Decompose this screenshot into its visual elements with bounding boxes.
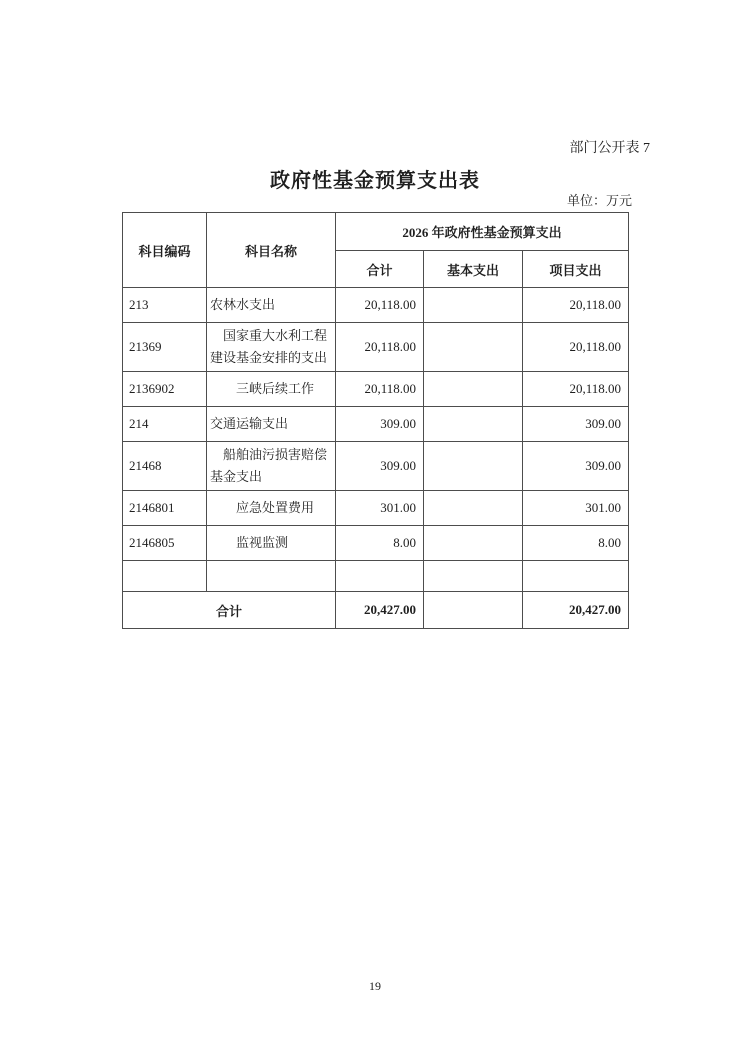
total-cell: 8.00	[336, 526, 424, 561]
table-header: 科目编码 科目名称 2026 年政府性基金预算支出 合计 基本支出 项目支出	[123, 213, 629, 288]
header-basic-expenditure: 基本支出	[424, 251, 523, 288]
total-sum-cell: 20,427.00	[336, 592, 424, 629]
subject-name-cell: 船舶油污损害赔偿基金支出	[207, 442, 336, 491]
table-body: 213 农林水支出 20,118.00 20,118.00 21369 国家重大…	[123, 288, 629, 592]
total-row: 合计 20,427.00 20,427.00	[123, 592, 629, 629]
basic-expenditure-cell	[424, 288, 523, 323]
page-number: 19	[0, 979, 750, 994]
table-footer: 合计 20,427.00 20,427.00	[123, 592, 629, 629]
table-row	[123, 561, 629, 592]
subject-code-cell	[123, 561, 207, 592]
total-cell: 309.00	[336, 407, 424, 442]
total-cell: 20,118.00	[336, 372, 424, 407]
project-expenditure-cell: 301.00	[523, 491, 629, 526]
header-total: 合计	[336, 251, 424, 288]
basic-expenditure-cell	[424, 407, 523, 442]
project-expenditure-cell: 20,118.00	[523, 323, 629, 372]
subject-name-cell: 农林水支出	[207, 288, 336, 323]
corner-table-label: 部门公开表 7	[570, 137, 651, 157]
table-row: 2146805 监视监测 8.00 8.00	[123, 526, 629, 561]
header-subject-code: 科目编码	[123, 213, 207, 288]
project-expenditure-cell: 8.00	[523, 526, 629, 561]
document-page: 部门公开表 7 政府性基金预算支出表 单位：万元 科目编码 科目名称 2026 …	[0, 0, 750, 1060]
header-project-expenditure: 项目支出	[523, 251, 629, 288]
basic-expenditure-cell	[424, 561, 523, 592]
total-cell: 20,118.00	[336, 288, 424, 323]
subject-code-cell: 21369	[123, 323, 207, 372]
basic-expenditure-cell	[424, 442, 523, 491]
table-row: 21468 船舶油污损害赔偿基金支出 309.00 309.00	[123, 442, 629, 491]
subject-code-cell: 2146801	[123, 491, 207, 526]
total-cell	[336, 561, 424, 592]
subject-name-cell: 应急处置费用	[207, 491, 336, 526]
total-cell: 20,118.00	[336, 323, 424, 372]
project-expenditure-cell: 20,118.00	[523, 288, 629, 323]
subject-code-cell: 2136902	[123, 372, 207, 407]
basic-expenditure-cell	[424, 372, 523, 407]
basic-expenditure-cell	[424, 323, 523, 372]
header-row-group: 科目编码 科目名称 2026 年政府性基金预算支出	[123, 213, 629, 251]
table-row: 2136902 三峡后续工作 20,118.00 20,118.00	[123, 372, 629, 407]
total-label-cell: 合计	[123, 592, 336, 629]
subject-code-cell: 21468	[123, 442, 207, 491]
header-budget-group: 2026 年政府性基金预算支出	[336, 213, 629, 251]
project-expenditure-cell	[523, 561, 629, 592]
table-row: 2146801 应急处置费用 301.00 301.00	[123, 491, 629, 526]
basic-expenditure-cell	[424, 526, 523, 561]
subject-name-cell	[207, 561, 336, 592]
total-cell: 301.00	[336, 491, 424, 526]
total-cell: 309.00	[336, 442, 424, 491]
project-expenditure-cell: 309.00	[523, 407, 629, 442]
subject-name-cell: 交通运输支出	[207, 407, 336, 442]
table-row: 21369 国家重大水利工程建设基金安排的支出 20,118.00 20,118…	[123, 323, 629, 372]
header-subject-name: 科目名称	[207, 213, 336, 288]
project-expenditure-cell: 309.00	[523, 442, 629, 491]
unit-label: 单位：万元	[567, 190, 632, 209]
budget-table: 科目编码 科目名称 2026 年政府性基金预算支出 合计 基本支出 项目支出 2…	[122, 212, 629, 629]
page-title: 政府性基金预算支出表	[0, 164, 750, 193]
basic-expenditure-cell	[424, 491, 523, 526]
subject-code-cell: 2146805	[123, 526, 207, 561]
subject-code-cell: 214	[123, 407, 207, 442]
subject-code-cell: 213	[123, 288, 207, 323]
subject-name-cell: 监视监测	[207, 526, 336, 561]
subject-name-cell: 三峡后续工作	[207, 372, 336, 407]
project-expenditure-cell: 20,118.00	[523, 372, 629, 407]
total-project-cell: 20,427.00	[523, 592, 629, 629]
subject-name-cell: 国家重大水利工程建设基金安排的支出	[207, 323, 336, 372]
total-basic-cell	[424, 592, 523, 629]
table-row: 214 交通运输支出 309.00 309.00	[123, 407, 629, 442]
table-row: 213 农林水支出 20,118.00 20,118.00	[123, 288, 629, 323]
